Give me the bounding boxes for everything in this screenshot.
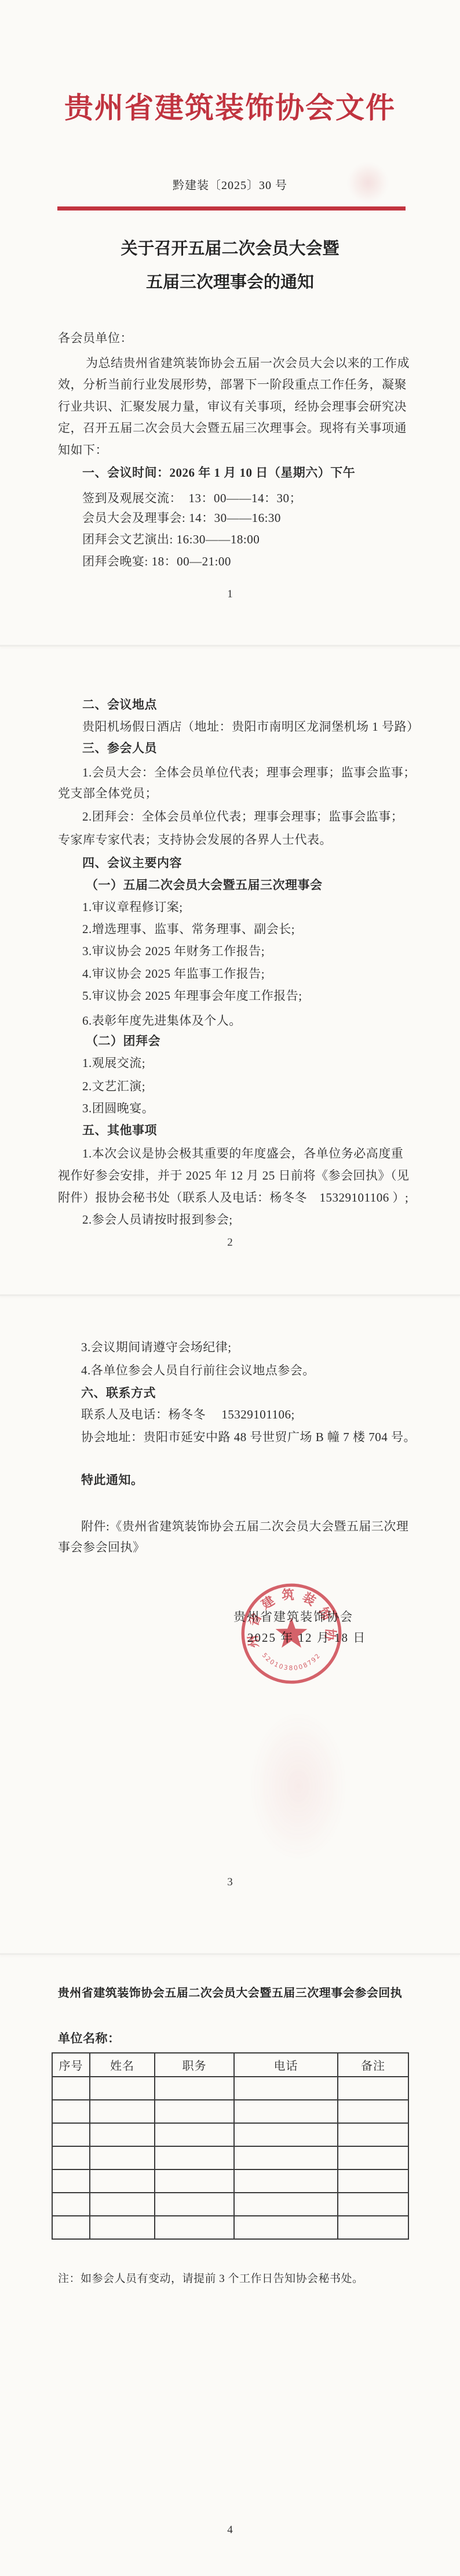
table-cell (90, 2169, 155, 2193)
table-cell (90, 2077, 155, 2100)
page-number-3: 3 (0, 1876, 460, 1889)
section-heading-contact: 六、联系方式 (81, 1384, 156, 1402)
body-line: 效，分析当前行业发展形势，部署下一阶段重点工作任务，凝聚 (58, 376, 407, 393)
unit-name-label: 单位名称： (58, 2030, 121, 2047)
seal-star-icon (276, 1617, 308, 1648)
body-line: 附件）报协会秘书处（联系人及电话：杨冬冬 15329101106 ）; (58, 1189, 408, 1206)
table-cell (90, 2193, 155, 2216)
section-heading-time: 一、会议时间：2026 年 1 月 10 日（星期六）下午 (82, 464, 355, 481)
seal-graphic: 贵州省建筑装饰协会 5201038008792 (239, 1581, 344, 1686)
table-cell (338, 2146, 408, 2169)
agenda-item: 2.文艺汇演; (82, 1077, 145, 1095)
table-cell (234, 2169, 338, 2193)
table-cell (234, 2216, 338, 2239)
page-number-1: 1 (0, 588, 460, 601)
ink-smudge-seal-bleed (249, 1711, 348, 1862)
red-divider-rule (57, 206, 406, 211)
agenda-item: 2.增选理事、监事、常务理事、副会长; (82, 920, 295, 938)
col-header-phone: 电话 (234, 2053, 338, 2077)
contact-line: 联系人及电话：杨冬冬 15329101106; (81, 1406, 295, 1423)
page-break (0, 1294, 460, 1296)
body-line: 贵阳机场假日酒店（地址：贵阳市南明区龙洞堡机场 1 号路） (82, 718, 419, 735)
agenda-item: 1.审议章程修订案; (82, 898, 183, 916)
body-line: 专家库专家代表；支持协会发展的各界人士代表。 (58, 831, 332, 848)
table-cell (52, 2146, 90, 2169)
attachment-line: 事会参会回执》 (58, 1539, 145, 1556)
table-cell (338, 2123, 408, 2146)
col-header-position: 职务 (155, 2053, 234, 2077)
subsection-heading-meeting: （一）五届二次会员大会暨五届三次理事会 (86, 876, 323, 894)
notice-title-line2: 五届三次理事会的通知 (0, 270, 460, 295)
table-row (52, 2146, 408, 2169)
table-cell (52, 2100, 90, 2123)
table-row (52, 2077, 408, 2100)
table-row (52, 2100, 408, 2123)
col-header-seq: 序号 (52, 2053, 90, 2077)
salutation: 各会员单位： (58, 329, 133, 347)
table-row (52, 2123, 408, 2146)
schedule-line: 签到及观展交流： 13：00——14：30； (82, 489, 302, 507)
agenda-item: 1.观展交流; (82, 1054, 145, 1072)
notice-title-line1: 关于召开五届二次会员大会暨 (0, 237, 460, 261)
table-cell (52, 2193, 90, 2216)
table-cell (234, 2146, 338, 2169)
body-line: 为总结贵州省建筑装饰协会五届一次会员大会以来的工作成 (86, 354, 410, 372)
page-break (0, 1953, 460, 1955)
agenda-item: 3.审议协会 2025 年财务工作报告; (82, 942, 265, 960)
table-cell (234, 2077, 338, 2100)
table-cell (155, 2169, 234, 2193)
agenda-item: 4.审议协会 2025 年监事工作报告; (82, 965, 265, 982)
table-cell (234, 2193, 338, 2216)
table-cell (52, 2216, 90, 2239)
reply-form-title: 贵州省建筑装饰协会五届二次会员大会暨五届三次理事会参会回执 (0, 1983, 460, 2000)
page-number-2: 2 (0, 1236, 460, 1249)
table-header-row: 序号 姓名 职务 电话 备注 (52, 2053, 408, 2077)
form-note: 注：如参会人员有变动，请提前 3 个工作日告知协会秘书处。 (58, 2270, 364, 2288)
table-cell (155, 2146, 234, 2169)
table-cell (338, 2100, 408, 2123)
body-line: 4.各单位参会人员自行前往会议地点参会。 (81, 1362, 315, 1379)
table-cell (155, 2123, 234, 2146)
table-cell (338, 2193, 408, 2216)
section-heading-other: 五、其他事项 (82, 1122, 157, 1139)
body-line: 3.会议期间请遵守会场纪律; (81, 1338, 232, 1356)
letterhead-org-title: 贵州省建筑装饰协会文件 (0, 90, 460, 125)
table-row (52, 2169, 408, 2193)
table-cell (90, 2216, 155, 2239)
table-cell (90, 2146, 155, 2169)
schedule-line: 团拜会晚宴: 18：00—21:00 (82, 553, 231, 570)
section-heading-venue: 二、会议地点 (82, 696, 157, 713)
body-line: 1.本次会议是协会极其重要的年度盛会，各单位务必高度重 (82, 1145, 403, 1162)
agenda-item: 3.团圆晚宴。 (82, 1100, 154, 1117)
svg-text:5201038008792: 5201038008792 (261, 1652, 323, 1672)
body-line: 2.团拜会：全体会员单位代表；理事会理事；监事会监事； (82, 808, 403, 825)
body-line: 1.会员大会：全体会员单位代表；理事会理事；监事会监事； (82, 764, 416, 781)
table-cell (338, 2077, 408, 2100)
schedule-line: 团拜会文艺演出: 16:30——18:00 (82, 531, 260, 548)
body-line: 定，召开五届二次会员大会暨五届三次理事会。现将有关事项通 (58, 419, 407, 437)
table-cell (155, 2216, 234, 2239)
table-row (52, 2216, 408, 2239)
table-row (52, 2193, 408, 2216)
table-cell (338, 2169, 408, 2193)
table-cell (155, 2077, 234, 2100)
document-number: 黔建装〔2025〕30 号 (0, 176, 460, 193)
attachment-line: 附件:《贵州省建筑装饰协会五届二次会员大会暨五届三次理 (81, 1518, 408, 1535)
table-cell (338, 2216, 408, 2239)
official-red-seal: 贵州省建筑装饰协会 5201038008792 (239, 1581, 344, 1686)
agenda-item: 5.审议协会 2025 年理事会年度工作报告; (82, 987, 302, 1004)
table-cell (52, 2077, 90, 2100)
agenda-item: 6.表彰年度先进集体及个人。 (82, 1012, 242, 1029)
body-line: 视作好参会安排，并于 2025 年 12 月 25 日前将《参会回执》（见 (58, 1167, 410, 1184)
table-cell (52, 2169, 90, 2193)
body-line: 2.参会人员请按时报到参会; (82, 1211, 233, 1228)
table-cell (234, 2100, 338, 2123)
table-cell (234, 2123, 338, 2146)
table-cell (155, 2193, 234, 2216)
rsvp-table: 序号 姓名 职务 电话 备注 (52, 2052, 409, 2240)
scanned-official-document: 贵州省建筑装饰协会文件 黔建装〔2025〕30 号 关于召开五届二次会员大会暨 … (0, 0, 460, 2576)
body-line: 党支部全体党员； (58, 785, 158, 802)
seal-number: 5201038008792 (261, 1652, 323, 1672)
section-heading-agenda: 四、会议主要内容 (82, 854, 182, 872)
table-cell (90, 2100, 155, 2123)
col-header-name: 姓名 (90, 2053, 155, 2077)
table-cell (90, 2123, 155, 2146)
closing-line: 特此通知。 (81, 1471, 144, 1489)
col-header-remark: 备注 (338, 2053, 408, 2077)
table-cell (155, 2100, 234, 2123)
page-number-4: 4 (0, 2524, 460, 2537)
body-line: 知如下： (58, 441, 108, 459)
table-cell (52, 2123, 90, 2146)
body-line: 行业共识、汇聚发展力量，审议有关事项，经协会理事会研究决 (58, 398, 407, 415)
page-break (0, 645, 460, 647)
section-heading-attendees: 三、参会人员 (82, 739, 157, 757)
schedule-line: 会员大会及理事会: 14：30——16:30 (82, 509, 281, 527)
address-line: 协会地址：贵阳市延安中路 48 号世贸广场 B 幢 7 楼 704 号。 (81, 1428, 416, 1446)
subsection-heading-gala: （二）团拜会 (86, 1032, 160, 1050)
